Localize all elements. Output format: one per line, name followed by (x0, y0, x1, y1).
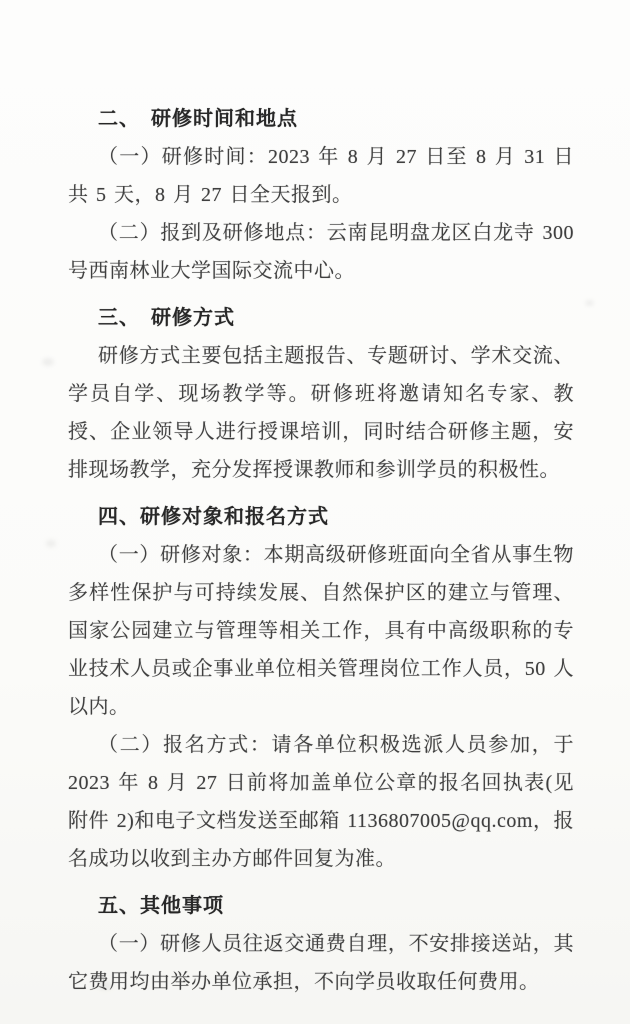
scan-artifact (585, 300, 594, 306)
section-heading-other-matters: 五、其他事项 (68, 887, 574, 925)
scanned-document-page: 二、 研修时间和地点 （一）研修时间：2023 年 8 月 27 日至 8 月 … (0, 0, 630, 1024)
section-other-matters: 五、其他事项 （一）研修人员往返交通费自理，不安排接送站，其它费用均由举办单位承… (68, 887, 574, 1001)
paragraph-training-time: （一）研修时间：2023 年 8 月 27 日至 8 月 31 日共 5 天，8… (68, 138, 574, 214)
paragraph-training-location: （二）报到及研修地点：云南昆明盘龙区白龙寺 300 号西南林业大学国际交流中心。 (68, 214, 574, 290)
scan-artifact (42, 358, 54, 366)
paragraph-training-method: 研修方式主要包括主题报告、专题研讨、学术交流、学员自学、现场教学等。研修班将邀请… (68, 337, 574, 489)
document-body: 二、 研修时间和地点 （一）研修时间：2023 年 8 月 27 日至 8 月 … (68, 100, 574, 1001)
section-heading-training-method: 三、 研修方式 (68, 299, 574, 337)
section-training-time-and-location: 二、 研修时间和地点 （一）研修时间：2023 年 8 月 27 日至 8 月 … (68, 100, 574, 290)
section-participants-and-registration: 四、研修对象和报名方式 （一）研修对象：本期高级研修班面向全省从事生物多样性保护… (68, 498, 574, 878)
paragraph-participants: （一）研修对象：本期高级研修班面向全省从事生物多样性保护与可持续发展、自然保护区… (68, 536, 574, 726)
paragraph-travel-expenses: （一）研修人员往返交通费自理，不安排接送站，其它费用均由举办单位承担，不向学员收… (68, 925, 574, 1001)
section-heading-time-location: 二、 研修时间和地点 (68, 100, 574, 138)
section-heading-participants-registration: 四、研修对象和报名方式 (68, 498, 574, 536)
scan-artifact (46, 540, 56, 547)
paragraph-registration-method: （二）报名方式：请各单位积极选派人员参加，于 2023 年 8 月 27 日前将… (68, 726, 574, 878)
section-training-method: 三、 研修方式 研修方式主要包括主题报告、专题研讨、学术交流、学员自学、现场教学… (68, 299, 574, 489)
